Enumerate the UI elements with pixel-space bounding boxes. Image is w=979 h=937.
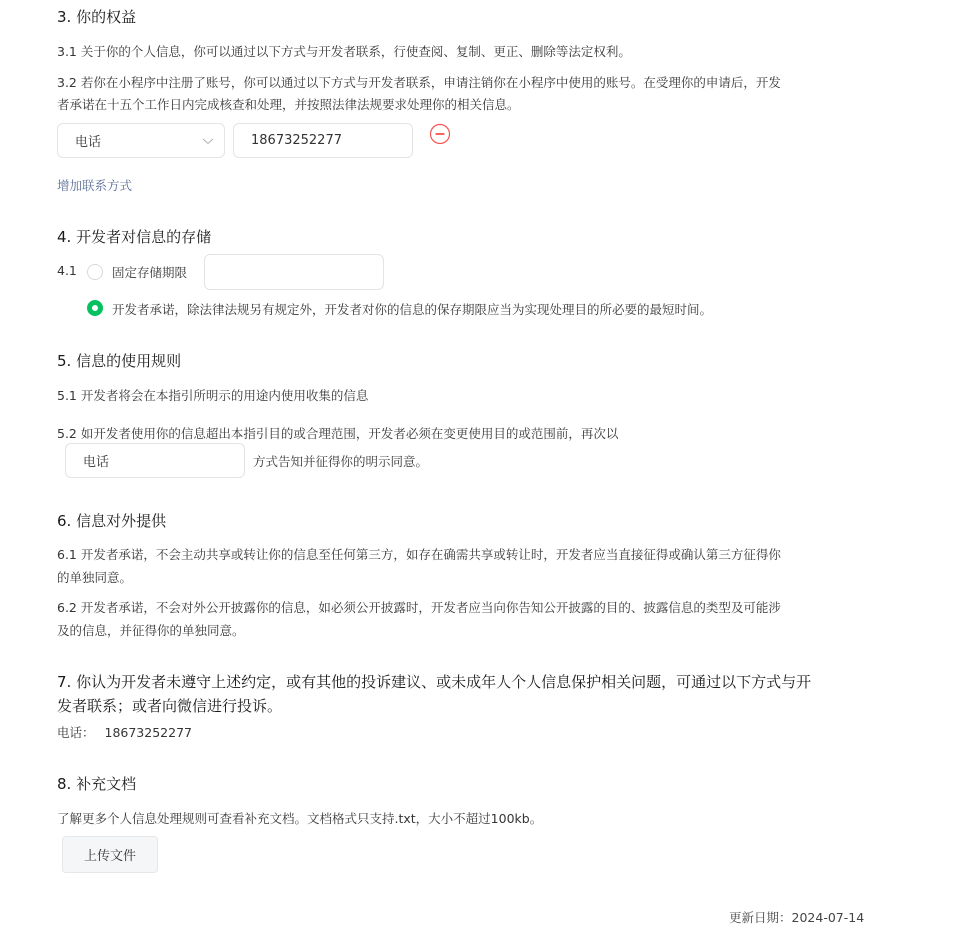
section-7-contact: 电话： 18673252277 [57,723,192,741]
contact-value-text: 18673252277 [251,133,342,148]
radio-fixed-period[interactable] [87,264,103,280]
section-4-1-label: 4.1 [57,263,77,278]
section-8-title: 8. 补充文档 [57,773,136,794]
section-3-2-text-line2: 者承诺在十五个工作日内完成核查和处理，并按照法律法规要求处理你的相关信息。 [57,95,520,113]
contact-value-input[interactable]: 18673252277 [233,123,413,158]
fixed-period-input[interactable] [204,254,384,290]
section-7-contact-label: 电话： [57,725,95,740]
section-3-1-text: 3.1 关于你的个人信息，你可以通过以下方式与开发者联系，行使查阅、复制、更正、… [57,42,631,60]
section-6-1-text-line2: 的单独同意。 [57,568,132,586]
section-3-title: 3. 你的权益 [57,6,136,27]
update-date: 更新日期：2024-07-14 [729,908,864,926]
update-date-label: 更新日期： [729,910,792,925]
section-5-2-suffix: 方式告知并征得你的明示同意。 [253,452,428,470]
add-contact-link[interactable]: 增加联系方式 [57,176,132,194]
upload-file-button[interactable]: 上传文件 [62,836,158,873]
contact-type-select[interactable]: 电话 [57,123,225,158]
section-5-1-text: 5.1 开发者将会在本指引所明示的用途内使用收集的信息 [57,386,368,404]
minus-circle-icon [429,123,451,145]
radio-fixed-period-label[interactable]: 固定存储期限 [112,263,187,281]
section-7-contact-value: 18673252277 [105,725,192,740]
radio-min-period[interactable] [87,300,103,316]
section-7-title-line2: 发者联系；或者向微信进行投诉。 [57,695,282,716]
radio-min-period-label[interactable]: 开发者承诺，除法律法规另有规定外，开发者对你的信息的保存期限应当为实现处理目的所… [112,300,712,318]
section-3-2-text-line1: 3.2 若你在小程序中注册了账号，你可以通过以下方式与开发者联系，申请注销你在小… [57,73,781,91]
section-6-title: 6. 信息对外提供 [57,510,166,531]
section-5-title: 5. 信息的使用规则 [57,350,181,371]
section-8-desc: 了解更多个人信息处理规则可查看补充文档。文档格式只支持.txt，大小不超过100… [57,809,542,827]
section-6-2-text-line2: 及的信息，并征得你的单独同意。 [57,621,245,639]
section-4-title: 4. 开发者对信息的存储 [57,226,211,247]
remove-contact-button[interactable] [429,123,451,145]
contact-type-value: 电话 [75,131,101,150]
section-7-title-line1: 7. 你认为开发者未遵守上述约定，或有其他的投诉建议、或未成年人个人信息保护相关… [57,671,811,692]
update-date-value: 2024-07-14 [792,910,865,925]
chevron-down-icon [202,135,214,150]
section-5-2-text: 5.2 如开发者使用你的信息超出本指引目的或合理范围，开发者必须在变更使用目的或… [57,424,618,442]
section-6-2-text-line1: 6.2 开发者承诺，不会对外公开披露你的信息，如必须公开披露时，开发者应当向你告… [57,598,781,616]
method-input[interactable]: 电话 [65,443,245,478]
method-value: 电话 [83,451,109,470]
section-6-1-text-line1: 6.1 开发者承诺，不会主动共享或转让你的信息至任何第三方，如存在确需共享或转让… [57,545,781,563]
